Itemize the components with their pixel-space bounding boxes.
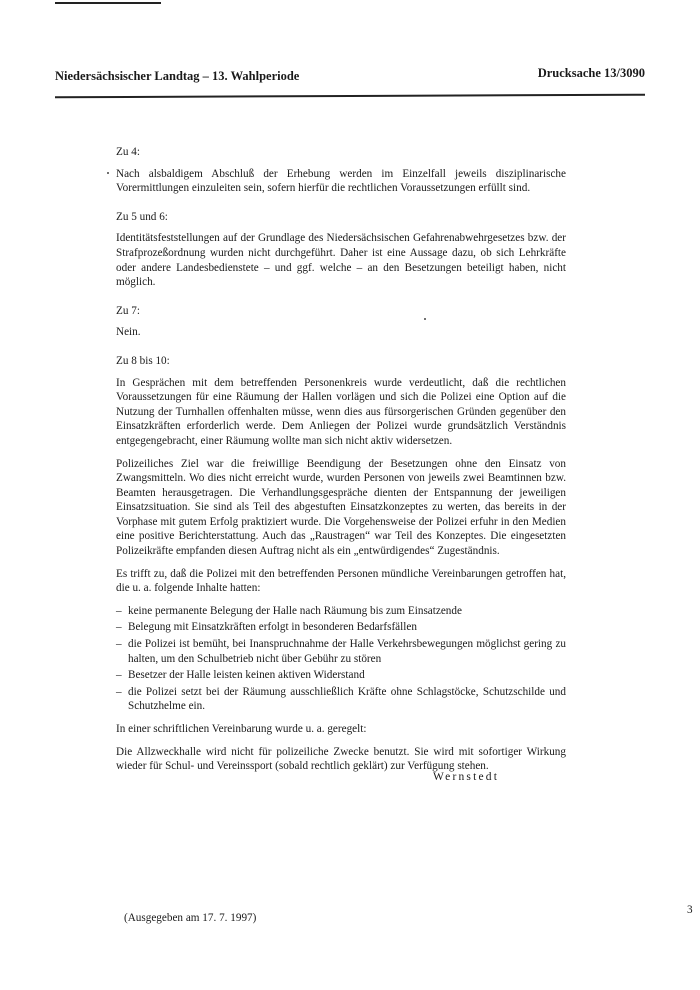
section-heading: Zu 8 bis 10: [116,354,566,369]
header-divider [55,94,645,99]
section-zu-5-und-6: Zu 5 und 6: Identitätsfeststellungen auf… [116,210,566,290]
section-heading: Zu 4: [116,145,566,160]
top-margin-rule [55,2,161,4]
page-number: 3 [687,904,693,916]
document-body: Zu 4: Nach alsbaldigem Abschluß der Erhe… [116,145,566,782]
list-item: –Belegung mit Einsatzkräften erfolgt in … [116,620,566,635]
dash-bullet: – [116,604,122,619]
scan-speck [424,318,426,320]
section-zu-7: Zu 7: Nein. [116,304,566,340]
paragraph: In einer schriftlichen Vereinbarung wurd… [116,722,566,737]
section-zu-8-bis-10: Zu 8 bis 10: In Gesprächen mit dem betre… [116,354,566,774]
paragraph: Die Allzweckhalle wird nicht für polizei… [116,745,566,774]
section-heading: Zu 5 und 6: [116,210,566,225]
paragraph: Nein. [116,325,566,340]
dash-bullet: – [116,620,122,635]
section-zu-4: Zu 4: Nach alsbaldigem Abschluß der Erhe… [116,145,566,196]
paragraph: Nach alsbaldigem Abschluß der Erhebung w… [116,167,566,196]
list-item: –die Polizei ist bemüht, bei Inanspruchn… [116,637,566,666]
agreement-list: –keine permanente Belegung der Halle nac… [116,604,566,714]
paragraph: Identitätsfeststellungen auf der Grundla… [116,231,566,289]
scan-speck [107,172,109,174]
paragraph: Es trifft zu, daß die Polizei mit den be… [116,567,566,596]
issue-date: (Ausgegeben am 17. 7. 1997) [124,912,256,924]
page-header: Niedersächsischer Landtag – 13. Wahlperi… [55,66,645,88]
dash-bullet: – [116,668,122,683]
dash-bullet: – [116,637,122,652]
paragraph: Polizeiliches Ziel war die freiwillige B… [116,457,566,559]
list-item: –Besetzer der Halle leisten keinen aktiv… [116,668,566,683]
list-item: –die Polizei setzt bei der Räumung aussc… [116,685,566,714]
paragraph: In Gesprächen mit dem betreffenden Perso… [116,376,566,449]
dash-bullet: – [116,685,122,700]
document-number: Drucksache 13/3090 [538,66,645,81]
signature: Wernstedt [433,771,499,783]
section-heading: Zu 7: [116,304,566,319]
publisher-title: Niedersächsischer Landtag – 13. Wahlperi… [55,69,299,84]
list-item: –keine permanente Belegung der Halle nac… [116,604,566,619]
